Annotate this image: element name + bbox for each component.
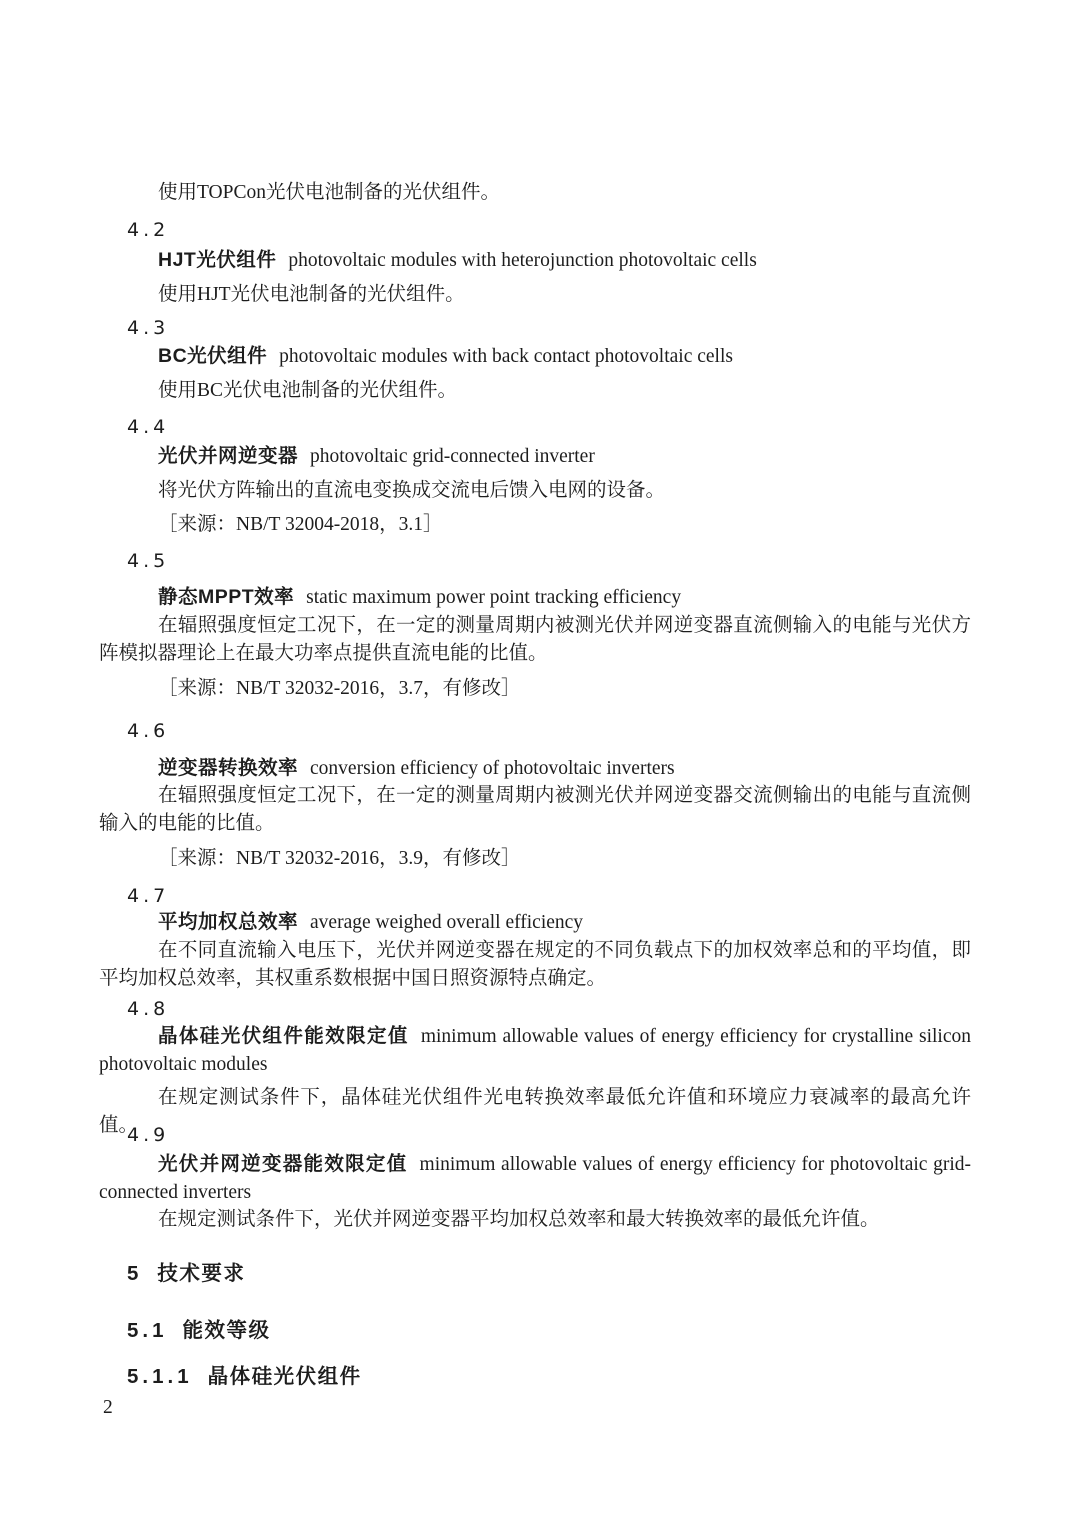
clause-number-4-9: 4.9 — [127, 1121, 169, 1149]
definition-4-5: 在辐照强度恒定工况下，在一定的测量周期内被测光伏并网逆变器直流侧输入的电能与光伏… — [99, 612, 971, 668]
term-en-4-3: photovoltaic modules with back contact p… — [279, 346, 733, 367]
term-line-4-9: 光伏并网逆变器能效限定值minimum allowable values of … — [99, 1150, 971, 1207]
heading-number-5-1: 5.1 — [127, 1319, 168, 1342]
term-zh-4-8: 晶体硅光伏组件能效限定值 — [158, 1025, 409, 1047]
heading-title-5-1: 能效等级 — [183, 1319, 271, 1342]
clause-number-4-7: 4.7 — [127, 882, 169, 910]
term-zh-4-3: BC光伏组件 — [158, 345, 267, 367]
heading-number-5: 5 — [127, 1262, 142, 1285]
term-en-4-4: photovoltaic grid-connected inverter — [310, 446, 595, 467]
clause-number-4-2: 4.2 — [127, 216, 169, 244]
section-heading-5: 5技术要求 — [127, 1260, 245, 1288]
section-heading-5-1-1: 5.1.1晶体硅光伏组件 — [127, 1363, 362, 1391]
standard-document-page: 使用TOPCon光伏电池制备的光伏组件。 4.2 HJT光伏组件photovol… — [0, 0, 1080, 1527]
definition-4-6: 在辐照强度恒定工况下，在一定的测量周期内被测光伏并网逆变器交流侧输出的电能与直流… — [99, 782, 971, 838]
carryover-definition: 使用TOPCon光伏电池制备的光伏组件。 — [99, 179, 971, 207]
term-en-4-6: conversion efficiency of photovoltaic in… — [310, 758, 675, 779]
section-heading-5-1: 5.1能效等级 — [127, 1317, 271, 1345]
definition-4-4: 将光伏方阵输出的直流电变换成交流电后馈入电网的设备。 — [99, 477, 971, 505]
source-reference-4-5: ［来源：NB/T 32032-2016，3.7，有修改］ — [99, 675, 971, 703]
term-zh-4-7: 平均加权总效率 — [158, 911, 298, 933]
term-line-4-4: 光伏并网逆变器photovoltaic grid-connected inver… — [99, 442, 971, 471]
clause-number-4-4: 4.4 — [127, 413, 169, 441]
term-line-4-3: BC光伏组件photovoltaic modules with back con… — [99, 342, 971, 371]
term-line-4-6: 逆变器转换效率conversion efficiency of photovol… — [99, 754, 971, 783]
definition-4-2: 使用HJT光伏电池制备的光伏组件。 — [99, 281, 971, 309]
term-zh-4-6: 逆变器转换效率 — [158, 757, 298, 779]
definition-4-9: 在规定测试条件下，光伏并网逆变器平均加权总效率和最大转换效率的最低允许值。 — [99, 1206, 971, 1234]
term-zh-4-2: HJT光伏组件 — [158, 249, 276, 271]
heading-number-5-1-1: 5.1.1 — [127, 1365, 193, 1388]
term-en-4-7: average weighed overall efficiency — [310, 912, 583, 933]
definition-4-7: 在不同直流输入电压下，光伏并网逆变器在规定的不同负载点下的加权效率总和的平均值，… — [99, 937, 971, 993]
page-number: 2 — [103, 1394, 113, 1422]
clause-number-4-5: 4.5 — [127, 547, 169, 575]
clause-number-4-6: 4.6 — [127, 717, 169, 745]
term-line-4-8: 晶体硅光伏组件能效限定值minimum allowable values of … — [99, 1022, 971, 1079]
source-reference-4-4: ［来源：NB/T 32004-2018，3.1］ — [99, 511, 971, 539]
clause-number-4-3: 4.3 — [127, 314, 169, 342]
term-zh-4-9: 光伏并网逆变器能效限定值 — [158, 1153, 408, 1175]
term-en-4-5: static maximum power point tracking effi… — [306, 587, 681, 608]
heading-title-5: 技术要求 — [157, 1262, 245, 1285]
definition-4-8: 在规定测试条件下，晶体硅光伏组件光电转换效率最低允许值和环境应力衰减率的最高允许… — [99, 1084, 971, 1140]
term-line-4-7: 平均加权总效率average weighed overall efficienc… — [99, 908, 971, 937]
term-en-4-2: photovoltaic modules with heterojunction… — [288, 250, 756, 271]
term-line-4-5: 静态MPPT效率static maximum power point track… — [99, 583, 971, 612]
heading-title-5-1-1: 晶体硅光伏组件 — [208, 1365, 362, 1388]
source-reference-4-6: ［来源：NB/T 32032-2016，3.9，有修改］ — [99, 845, 971, 873]
clause-number-4-8: 4.8 — [127, 995, 169, 1023]
term-zh-4-4: 光伏并网逆变器 — [158, 445, 298, 467]
definition-4-3: 使用BC光伏电池制备的光伏组件。 — [99, 377, 971, 405]
term-line-4-2: HJT光伏组件photovoltaic modules with heteroj… — [99, 246, 971, 275]
term-zh-4-5: 静态MPPT效率 — [158, 586, 294, 608]
